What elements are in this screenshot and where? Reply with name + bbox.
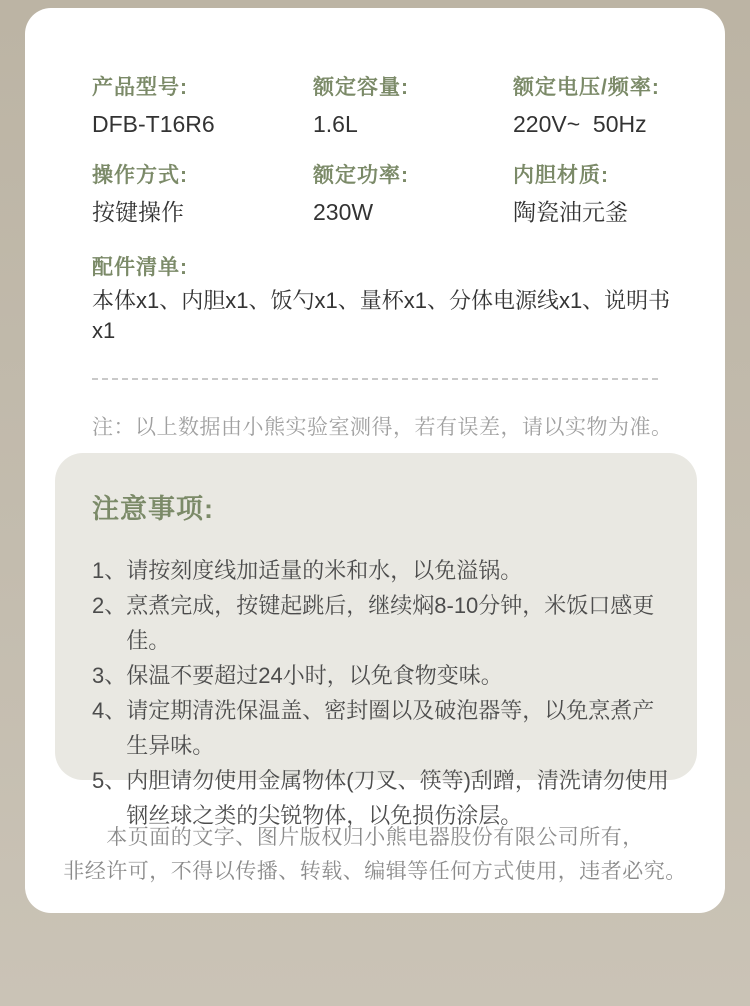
notice-item-2-text: 烹煮完成，按键起跳后，继续焖8-10分钟，米饭口感更佳。 — [126, 588, 669, 658]
notice-item-4: 4、 请定期清洗保温盖、密封圈以及破泡器等，以免烹煮产生异味。 — [92, 693, 669, 763]
spec-operation-label: 操作方式: — [92, 162, 313, 190]
notice-item-4-marker: 4、 — [92, 693, 126, 728]
accessories-label: 配件清单: — [92, 254, 684, 282]
content-card: 产品型号: DFB-T16R6 额定容量: 1.6L 额定电压/频率: 220V… — [25, 8, 725, 913]
spec-power-label: 额定功率: — [313, 162, 513, 190]
spec-capacity: 额定容量: 1.6L — [313, 74, 513, 139]
notice-item-1-text: 请按刻度线加适量的米和水，以免溢锅。 — [126, 553, 522, 588]
notice-item-3-text: 保温不要超过24小时，以免食物变味。 — [126, 658, 502, 693]
copyright-notice: 本页面的文字、图片版权归小熊电器股份有限公司所有， 非经许可，不得以传播、转载、… — [25, 821, 725, 889]
spec-model-label: 产品型号: — [92, 74, 313, 102]
notice-item-5-marker: 5、 — [92, 763, 126, 798]
spec-power-value: 230W — [313, 197, 513, 227]
spec-operation-value: 按键操作 — [92, 197, 313, 227]
notice-item-3-marker: 3、 — [92, 658, 126, 693]
accessories-row: 配件清单: 本体x1、内胆x1、饭勺x1、量杯x1、分体电源线x1、说明书x1 — [92, 254, 684, 346]
spec-model: 产品型号: DFB-T16R6 — [92, 74, 313, 139]
spec-grid: 产品型号: DFB-T16R6 额定容量: 1.6L 额定电压/频率: 220V… — [92, 74, 684, 227]
spec-capacity-value: 1.6L — [313, 109, 513, 139]
notice-item-1: 1、 请按刻度线加适量的米和水，以免溢锅。 — [92, 553, 669, 588]
spec-section: 产品型号: DFB-T16R6 额定容量: 1.6L 额定电压/频率: 220V… — [92, 74, 684, 442]
spec-model-value: DFB-T16R6 — [92, 109, 313, 139]
notice-item-2: 2、 烹煮完成，按键起跳后，继续焖8-10分钟，米饭口感更佳。 — [92, 588, 669, 658]
dashed-divider — [92, 378, 658, 380]
spec-voltage-value: 220V~ 50Hz — [513, 109, 684, 139]
spec-liner: 内胆材质: 陶瓷油元釜 — [513, 162, 684, 227]
product-spec-page: { "colors": { "page_bg_top": "#bcb4a4", … — [0, 0, 750, 1006]
notice-list: 1、 请按刻度线加适量的米和水，以免溢锅。 2、 烹煮完成，按键起跳后，继续焖8… — [92, 553, 669, 833]
notice-item-3: 3、 保温不要超过24小时，以免食物变味。 — [92, 658, 669, 693]
notice-item-4-text: 请定期清洗保温盖、密封圈以及破泡器等，以免烹煮产生异味。 — [126, 693, 669, 763]
spec-voltage-label: 额定电压/频率: — [513, 74, 684, 102]
spec-liner-value: 陶瓷油元釜 — [513, 197, 684, 227]
spec-capacity-label: 额定容量: — [313, 74, 513, 102]
notice-panel: 注意事项: 1、 请按刻度线加适量的米和水，以免溢锅。 2、 烹煮完成，按键起跳… — [55, 453, 697, 780]
spec-operation: 操作方式: 按键操作 — [92, 162, 313, 227]
measurement-note: 注：以上数据由小熊实验室测得，若有误差，请以实物为准。 — [92, 414, 684, 442]
spec-liner-label: 内胆材质: — [513, 162, 684, 190]
notice-item-1-marker: 1、 — [92, 553, 126, 588]
notice-item-2-marker: 2、 — [92, 588, 126, 623]
accessories-value: 本体x1、内胆x1、饭勺x1、量杯x1、分体电源线x1、说明书x1 — [92, 286, 684, 346]
notice-title: 注意事项: — [92, 493, 697, 525]
spec-power: 额定功率: 230W — [313, 162, 513, 227]
spec-voltage: 额定电压/频率: 220V~ 50Hz — [513, 74, 684, 139]
